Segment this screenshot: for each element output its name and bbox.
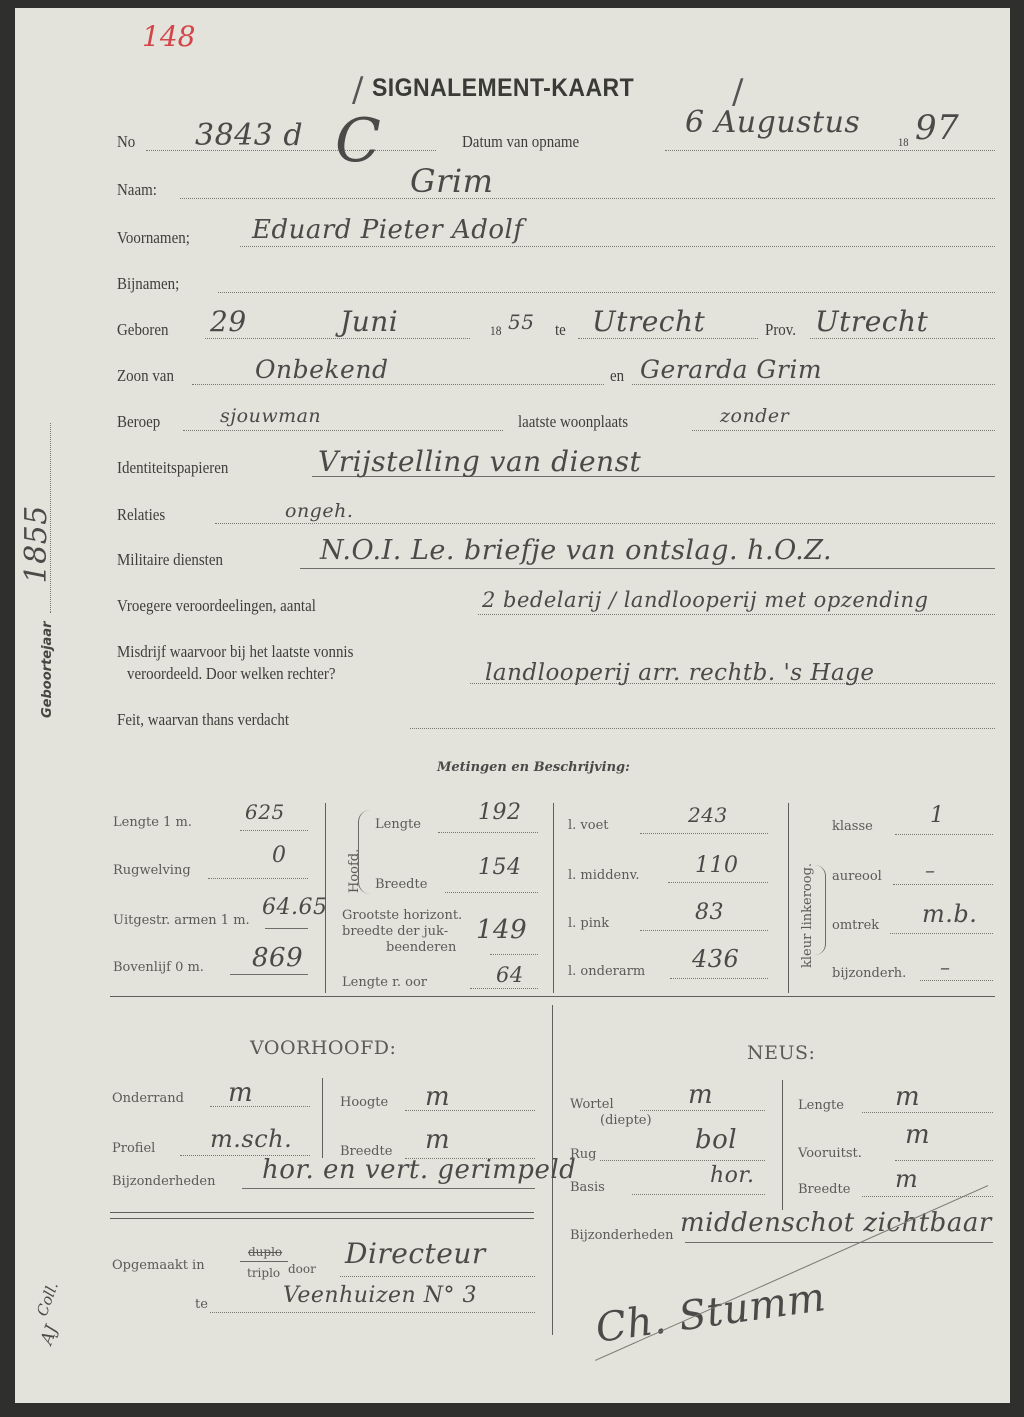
militaire-diensten-value[interactable]: N.O.I. Le. briefje van ontslag. h.O.Z. (320, 535, 832, 566)
slash-mark-left: / (352, 70, 363, 110)
bijzonderh-value[interactable]: – (940, 955, 951, 979)
beroep-line (183, 430, 503, 431)
breedte-value[interactable]: m (425, 1125, 450, 1155)
profiel-value[interactable]: m.sch. (210, 1125, 292, 1153)
neus-divider (782, 1080, 783, 1210)
voorhoofd-divider (322, 1078, 323, 1158)
metingen-divider-3 (788, 803, 789, 993)
relaties-line (215, 523, 995, 524)
voorhoofd-heading: VOORHOOFD: (250, 1037, 396, 1059)
onderrand-value[interactable]: m (228, 1078, 253, 1108)
middenv-value[interactable]: 110 (695, 853, 739, 878)
neus-bijzonderheden-label: Bijzonderheden (570, 1228, 673, 1243)
neus-heading: NEUS: (747, 1042, 815, 1064)
wortel-value[interactable]: m (688, 1080, 713, 1110)
bovenlijf-value[interactable]: 869 (252, 943, 303, 973)
onderarm-line (670, 978, 768, 979)
datum-year-suffix[interactable]: 97 (915, 108, 959, 148)
geboortejaar-value: 1855 (19, 505, 54, 583)
zoon-van-line (192, 384, 604, 385)
duplo-option: duplo (248, 1245, 282, 1259)
militaire-diensten-line (300, 568, 995, 569)
oor-label: Lengte r. oor (342, 975, 427, 990)
page-number: 148 (142, 20, 195, 53)
klasse-value[interactable]: 1 (930, 803, 945, 828)
pink-line (640, 930, 768, 931)
vroegere-line (478, 614, 995, 615)
relaties-value[interactable]: ongeh. (285, 500, 353, 522)
lengte-label: Lengte 1 m. (113, 815, 192, 830)
neus-lengte-value[interactable]: m (895, 1082, 920, 1112)
oor-value[interactable]: 64 (496, 963, 524, 987)
klasse-label: klasse (832, 819, 873, 834)
father-name[interactable]: Onbekend (255, 355, 388, 384)
mother-line (632, 384, 995, 385)
aureool-label: aureool (832, 869, 882, 884)
rugwelving-value[interactable]: 0 (272, 843, 287, 868)
geboren-year-suffix[interactable]: 55 (508, 310, 534, 334)
beroep-value[interactable]: sjouwman (220, 405, 321, 427)
vroegere-label: Vroegere veroordeelingen, aantal (117, 596, 316, 616)
geboren-prov-label: Prov. (765, 320, 796, 340)
geboortejaar-field: Geboortejaar 1855 (38, 423, 56, 718)
geboren-month[interactable]: Juni (340, 305, 398, 338)
geboren-province[interactable]: Utrecht (815, 305, 928, 338)
woonplaats-value[interactable]: zonder (720, 405, 789, 427)
hoofd-lengte-label: Lengte (375, 817, 421, 832)
voet-value[interactable]: 243 (688, 803, 728, 827)
lengte-line (240, 830, 308, 831)
datum-year-prefix: 18 (898, 135, 909, 150)
wortel-label-line1: Wortel (570, 1097, 614, 1112)
onderarm-value[interactable]: 436 (692, 945, 739, 973)
basis-value[interactable]: hor. (710, 1163, 755, 1188)
basis-label: Basis (570, 1180, 605, 1195)
geboren-prov-line (810, 338, 995, 339)
aureool-line (893, 884, 993, 885)
no-value[interactable]: 3843 d (195, 118, 303, 153)
voornamen-line (240, 246, 995, 247)
rugwelving-line (208, 878, 308, 879)
metingen-bottom-rule (110, 996, 995, 997)
datum-value[interactable]: 6 Augustus (685, 105, 860, 140)
identiteitspapieren-value[interactable]: Vrijstelling van dienst (318, 445, 641, 478)
naam-line (180, 198, 995, 199)
wortel-label-line2: (diepte) (600, 1113, 652, 1128)
wortel-line (640, 1110, 765, 1111)
zoon-van-label: Zoon van (117, 366, 174, 386)
hoofd-brace (358, 810, 371, 894)
omtrek-value[interactable]: m.b. (922, 900, 977, 928)
bijnamen-label: Bijnamen; (117, 274, 179, 294)
door-line (340, 1276, 535, 1277)
bijzonderh-line (920, 980, 993, 981)
aureool-value[interactable]: – (925, 858, 936, 882)
pink-label: l. pink (568, 916, 609, 931)
opgemaakt-label: Opgemaakt in (112, 1258, 205, 1273)
door-value[interactable]: Directeur (345, 1237, 486, 1270)
juk-label-line2: breedte der juk- (342, 924, 448, 939)
juk-value[interactable]: 149 (476, 915, 527, 945)
vroegere-value[interactable]: 2 bedelarij / landlooperij met opzending (482, 588, 928, 612)
onderarm-label: l. onderarm (568, 964, 645, 979)
bijzonderh-label: bijzonderh. (832, 966, 906, 981)
vooruitst-line (895, 1160, 993, 1161)
triplo-option: triplo (247, 1266, 280, 1280)
te-label: te (195, 1297, 208, 1312)
vooruitst-value[interactable]: m (905, 1120, 930, 1150)
voornamen-value[interactable]: Eduard Pieter Adolf (252, 215, 523, 245)
armen-line (265, 928, 308, 929)
geboren-place-line (578, 338, 758, 339)
bijnamen-line (218, 292, 995, 293)
profiel-label: Profiel (112, 1141, 155, 1156)
door-label: door (288, 1262, 316, 1276)
geboren-place[interactable]: Utrecht (592, 305, 705, 338)
geboortejaar-line: 1855 (50, 423, 51, 613)
juk-label-line3: beenderen (386, 940, 456, 955)
pink-value[interactable]: 83 (695, 900, 724, 925)
voet-label: l. voet (568, 818, 609, 833)
neus-lengte-line (862, 1112, 993, 1113)
rugwelving-label: Rugwelving (113, 863, 191, 878)
kleur-linkeroog-label: kleur linkeroog. (800, 863, 815, 968)
middenv-label: l. middenv. (568, 868, 640, 883)
juk-line (490, 954, 538, 955)
naam-value[interactable]: Grim (410, 162, 493, 200)
en-label: en (610, 366, 624, 386)
neus-bijzonderheden-value[interactable]: middenschot zichtbaar (680, 1208, 992, 1238)
hoogte-label: Hoogte (340, 1095, 388, 1110)
oor-line (470, 988, 538, 989)
mother-name[interactable]: Gerarda Grim (640, 355, 822, 384)
voorhoofd-bijzonderheden-line (242, 1188, 535, 1189)
kleur-brace (815, 865, 826, 955)
rug-line (600, 1160, 765, 1161)
juk-label-line1: Grootste horizont. (342, 908, 462, 923)
identiteitspapieren-label: Identiteitspapieren (117, 458, 228, 478)
bovenlijf-label: Bovenlijf 0 m. (113, 960, 204, 975)
onderrand-line (210, 1106, 310, 1107)
card-title: SIGNALEMENT-KAART (372, 74, 634, 103)
relaties-label: Relaties (117, 505, 165, 525)
rug-label: Rug (570, 1147, 596, 1162)
woonplaats-line (692, 430, 995, 431)
te-line (210, 1312, 535, 1313)
geboortejaar-label: Geboortejaar (40, 621, 55, 718)
voorhoofd-rule-2 (110, 1218, 534, 1219)
basis-line (632, 1194, 765, 1195)
neus-breedte-label: Breedte (798, 1182, 850, 1197)
datum-line (665, 150, 995, 151)
bovenlijf-line (230, 974, 308, 975)
beroep-label: Beroep (117, 412, 160, 432)
voorhoofd-rule-1 (110, 1212, 534, 1213)
misdrijf-value[interactable]: landlooperij arr. rechtb. 's Hage (485, 660, 875, 686)
geboren-te-label: te (555, 320, 566, 340)
armen-label: Uitgestr. armen 1 m. (113, 913, 250, 928)
middenv-line (668, 882, 768, 883)
geboren-day[interactable]: 29 (210, 305, 247, 338)
militaire-diensten-label: Militaire diensten (117, 550, 223, 570)
woonplaats-label: laatste woonplaats (518, 412, 628, 432)
neus-breedte-line (862, 1196, 993, 1197)
hoofd-breedte-value[interactable]: 154 (478, 855, 522, 880)
rug-value[interactable]: bol (695, 1125, 737, 1155)
feit-label: Feit, waarvan thans verdacht (117, 710, 289, 730)
lengte-value[interactable]: 625 (245, 800, 285, 824)
omtrek-label: omtrek (832, 918, 879, 933)
hoofd-breedte-line (445, 892, 538, 893)
klasse-line (895, 834, 993, 835)
datum-label: Datum van opname (462, 132, 579, 152)
geboren-date-line (205, 338, 470, 339)
vooruitst-label: Vooruitst. (798, 1146, 862, 1161)
initial-flourish: C (335, 106, 381, 176)
misdrijf-label-line2: veroordeeld. Door welken rechter? (127, 664, 336, 684)
hoogte-value[interactable]: m (425, 1082, 450, 1112)
neus-breedte-value[interactable]: m (895, 1165, 918, 1193)
metingen-heading: Metingen en Beschrijving: (437, 760, 630, 775)
no-label: No (117, 132, 135, 152)
te-value[interactable]: Veenhuizen N° 3 (283, 1283, 477, 1308)
voorhoofd-bijzonderheden-value[interactable]: hor. en vert. gerimpeld (262, 1155, 576, 1185)
geboren-label: Geboren (117, 320, 169, 340)
misdrijf-label-line1: Misdrijf waarvoor bij het laatste vonnis (117, 642, 353, 662)
neus-bijzonderheden-line (685, 1242, 993, 1243)
fraction-line (240, 1261, 288, 1262)
geboren-year-prefix: 18 (490, 323, 501, 339)
neus-lengte-label: Lengte (798, 1098, 844, 1113)
hoofd-breedte-label: Breedte (375, 877, 427, 892)
hoofd-lengte-value[interactable]: 192 (478, 800, 522, 825)
voornamen-label: Voornamen; (117, 228, 190, 248)
feit-line (410, 728, 995, 729)
hoofd-lengte-line (438, 832, 538, 833)
voorhoofd-bijzonderheden-label: Bijzonderheden (112, 1174, 215, 1189)
armen-value[interactable]: 64.65 (262, 895, 327, 920)
voet-line (640, 833, 768, 834)
onderrand-label: Onderrand (112, 1091, 184, 1106)
naam-label: Naam: (117, 180, 157, 200)
omtrek-line (890, 933, 993, 934)
metingen-divider-2 (553, 803, 554, 993)
